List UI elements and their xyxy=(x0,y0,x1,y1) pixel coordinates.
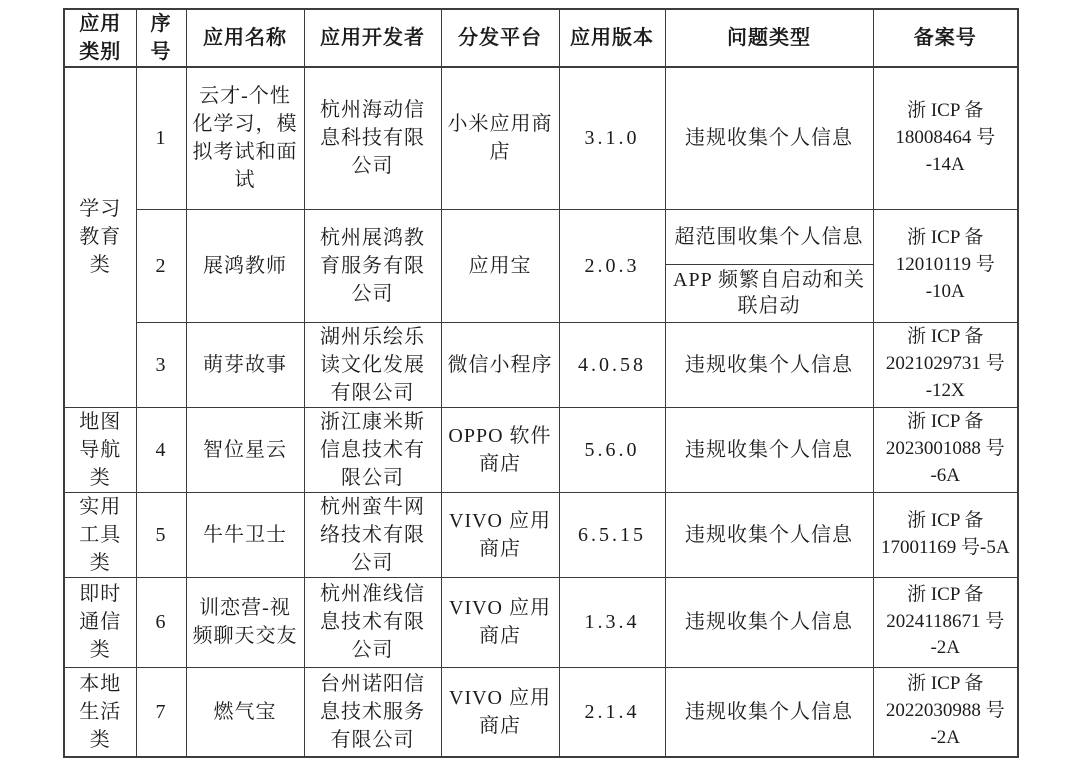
problem-sub-cell: 超范围收集个人信息 xyxy=(666,210,873,265)
header-seq: 序号 xyxy=(136,9,186,67)
header-problem-type: 问题类型 xyxy=(665,9,873,67)
header-platform: 分发平台 xyxy=(441,9,559,67)
cell-record: 浙 ICP 备 18008464 号 -14A xyxy=(873,67,1018,209)
cell-app-name: 展鸿教师 xyxy=(186,209,304,322)
cell-record: 浙 ICP 备 2022030988 号 -2A xyxy=(873,667,1018,757)
cell-problem: 违规收集个人信息 xyxy=(665,492,873,577)
cell-platform: VIVO 应用商店 xyxy=(441,492,559,577)
cell-developer: 湖州乐绘乐读文化发展有限公司 xyxy=(304,322,441,407)
cell-platform: 应用宝 xyxy=(441,209,559,322)
table-row: 实用工具类 5 牛牛卫士 杭州蛮牛网络技术有限公司 VIVO 应用商店 6.5.… xyxy=(64,492,1018,577)
cell-problem: 违规收集个人信息 xyxy=(665,407,873,492)
table-row: 即时通信类 6 训恋营-视频聊天交友 杭州准线信息技术有限公司 VIVO 应用商… xyxy=(64,577,1018,667)
cell-seq: 2 xyxy=(136,209,186,322)
cell-developer: 杭州海动信息科技有限公司 xyxy=(304,67,441,209)
cell-version: 6.5.15 xyxy=(559,492,665,577)
table-row: 地图导航类 4 智位星云 浙江康米斯信息技术有限公司 OPPO 软件商店 5.6… xyxy=(64,407,1018,492)
cell-platform: 小米应用商店 xyxy=(441,67,559,209)
cell-seq: 6 xyxy=(136,577,186,667)
cell-seq: 4 xyxy=(136,407,186,492)
cell-app-name: 萌芽故事 xyxy=(186,322,304,407)
cell-version: 1.3.4 xyxy=(559,577,665,667)
cell-category: 学习教育类 xyxy=(64,67,136,407)
cell-category: 实用工具类 xyxy=(64,492,136,577)
header-app-name: 应用名称 xyxy=(186,9,304,67)
cell-developer: 杭州蛮牛网络技术有限公司 xyxy=(304,492,441,577)
cell-app-name: 牛牛卫士 xyxy=(186,492,304,577)
document-page: 应用类别 序号 应用名称 应用开发者 分发平台 应用版本 问题类型 备案号 学习… xyxy=(0,0,1080,760)
app-violation-table: 应用类别 序号 应用名称 应用开发者 分发平台 应用版本 问题类型 备案号 学习… xyxy=(63,8,1019,758)
cell-seq: 7 xyxy=(136,667,186,757)
table-row: 本地生活类 7 燃气宝 台州诺阳信息技术服务有限公司 VIVO 应用商店 2.1… xyxy=(64,667,1018,757)
cell-record: 浙 ICP 备 2021029731 号 -12X xyxy=(873,322,1018,407)
cell-app-name: 云才-个性化学习，模拟考试和面试 xyxy=(186,67,304,209)
cell-category: 本地生活类 xyxy=(64,667,136,757)
cell-record: 浙 ICP 备 17001169 号-5A xyxy=(873,492,1018,577)
problem-sub-cell: APP 频繁自启动和关联启动 xyxy=(666,265,873,321)
cell-version: 2.0.3 xyxy=(559,209,665,322)
cell-record: 浙 ICP 备 2024118671 号 -2A xyxy=(873,577,1018,667)
header-developer: 应用开发者 xyxy=(304,9,441,67)
table-row: 学习教育类 1 云才-个性化学习，模拟考试和面试 杭州海动信息科技有限公司 小米… xyxy=(64,67,1018,209)
cell-version: 3.1.0 xyxy=(559,67,665,209)
cell-app-name: 智位星云 xyxy=(186,407,304,492)
table-header-row: 应用类别 序号 应用名称 应用开发者 分发平台 应用版本 问题类型 备案号 xyxy=(64,9,1018,67)
cell-developer: 浙江康米斯信息技术有限公司 xyxy=(304,407,441,492)
cell-platform: VIVO 应用商店 xyxy=(441,667,559,757)
cell-version: 4.0.58 xyxy=(559,322,665,407)
header-record-number: 备案号 xyxy=(873,9,1018,67)
cell-problem: 违规收集个人信息 xyxy=(665,67,873,209)
cell-app-name: 燃气宝 xyxy=(186,667,304,757)
cell-problem: 违规收集个人信息 xyxy=(665,577,873,667)
cell-version: 2.1.4 xyxy=(559,667,665,757)
header-app-category: 应用类别 xyxy=(64,9,136,67)
cell-version: 5.6.0 xyxy=(559,407,665,492)
cell-seq: 3 xyxy=(136,322,186,407)
cell-app-name: 训恋营-视频聊天交友 xyxy=(186,577,304,667)
header-version: 应用版本 xyxy=(559,9,665,67)
table-row: 2 展鸿教师 杭州展鸿教育服务有限公司 应用宝 2.0.3 超范围收集个人信息 … xyxy=(64,209,1018,322)
cell-record: 浙 ICP 备 2023001088 号 -6A xyxy=(873,407,1018,492)
cell-developer: 台州诺阳信息技术服务有限公司 xyxy=(304,667,441,757)
cell-record: 浙 ICP 备 12010119 号 -10A xyxy=(873,209,1018,322)
cell-seq: 5 xyxy=(136,492,186,577)
cell-developer: 杭州展鸿教育服务有限公司 xyxy=(304,209,441,322)
cell-problem-split: 超范围收集个人信息 APP 频繁自启动和关联启动 xyxy=(665,209,873,322)
cell-platform: OPPO 软件商店 xyxy=(441,407,559,492)
table-row: 3 萌芽故事 湖州乐绘乐读文化发展有限公司 微信小程序 4.0.58 违规收集个… xyxy=(64,322,1018,407)
cell-seq: 1 xyxy=(136,67,186,209)
cell-problem: 违规收集个人信息 xyxy=(665,667,873,757)
cell-category: 地图导航类 xyxy=(64,407,136,492)
cell-problem: 违规收集个人信息 xyxy=(665,322,873,407)
cell-platform: 微信小程序 xyxy=(441,322,559,407)
cell-category: 即时通信类 xyxy=(64,577,136,667)
cell-platform: VIVO 应用商店 xyxy=(441,577,559,667)
cell-developer: 杭州准线信息技术有限公司 xyxy=(304,577,441,667)
